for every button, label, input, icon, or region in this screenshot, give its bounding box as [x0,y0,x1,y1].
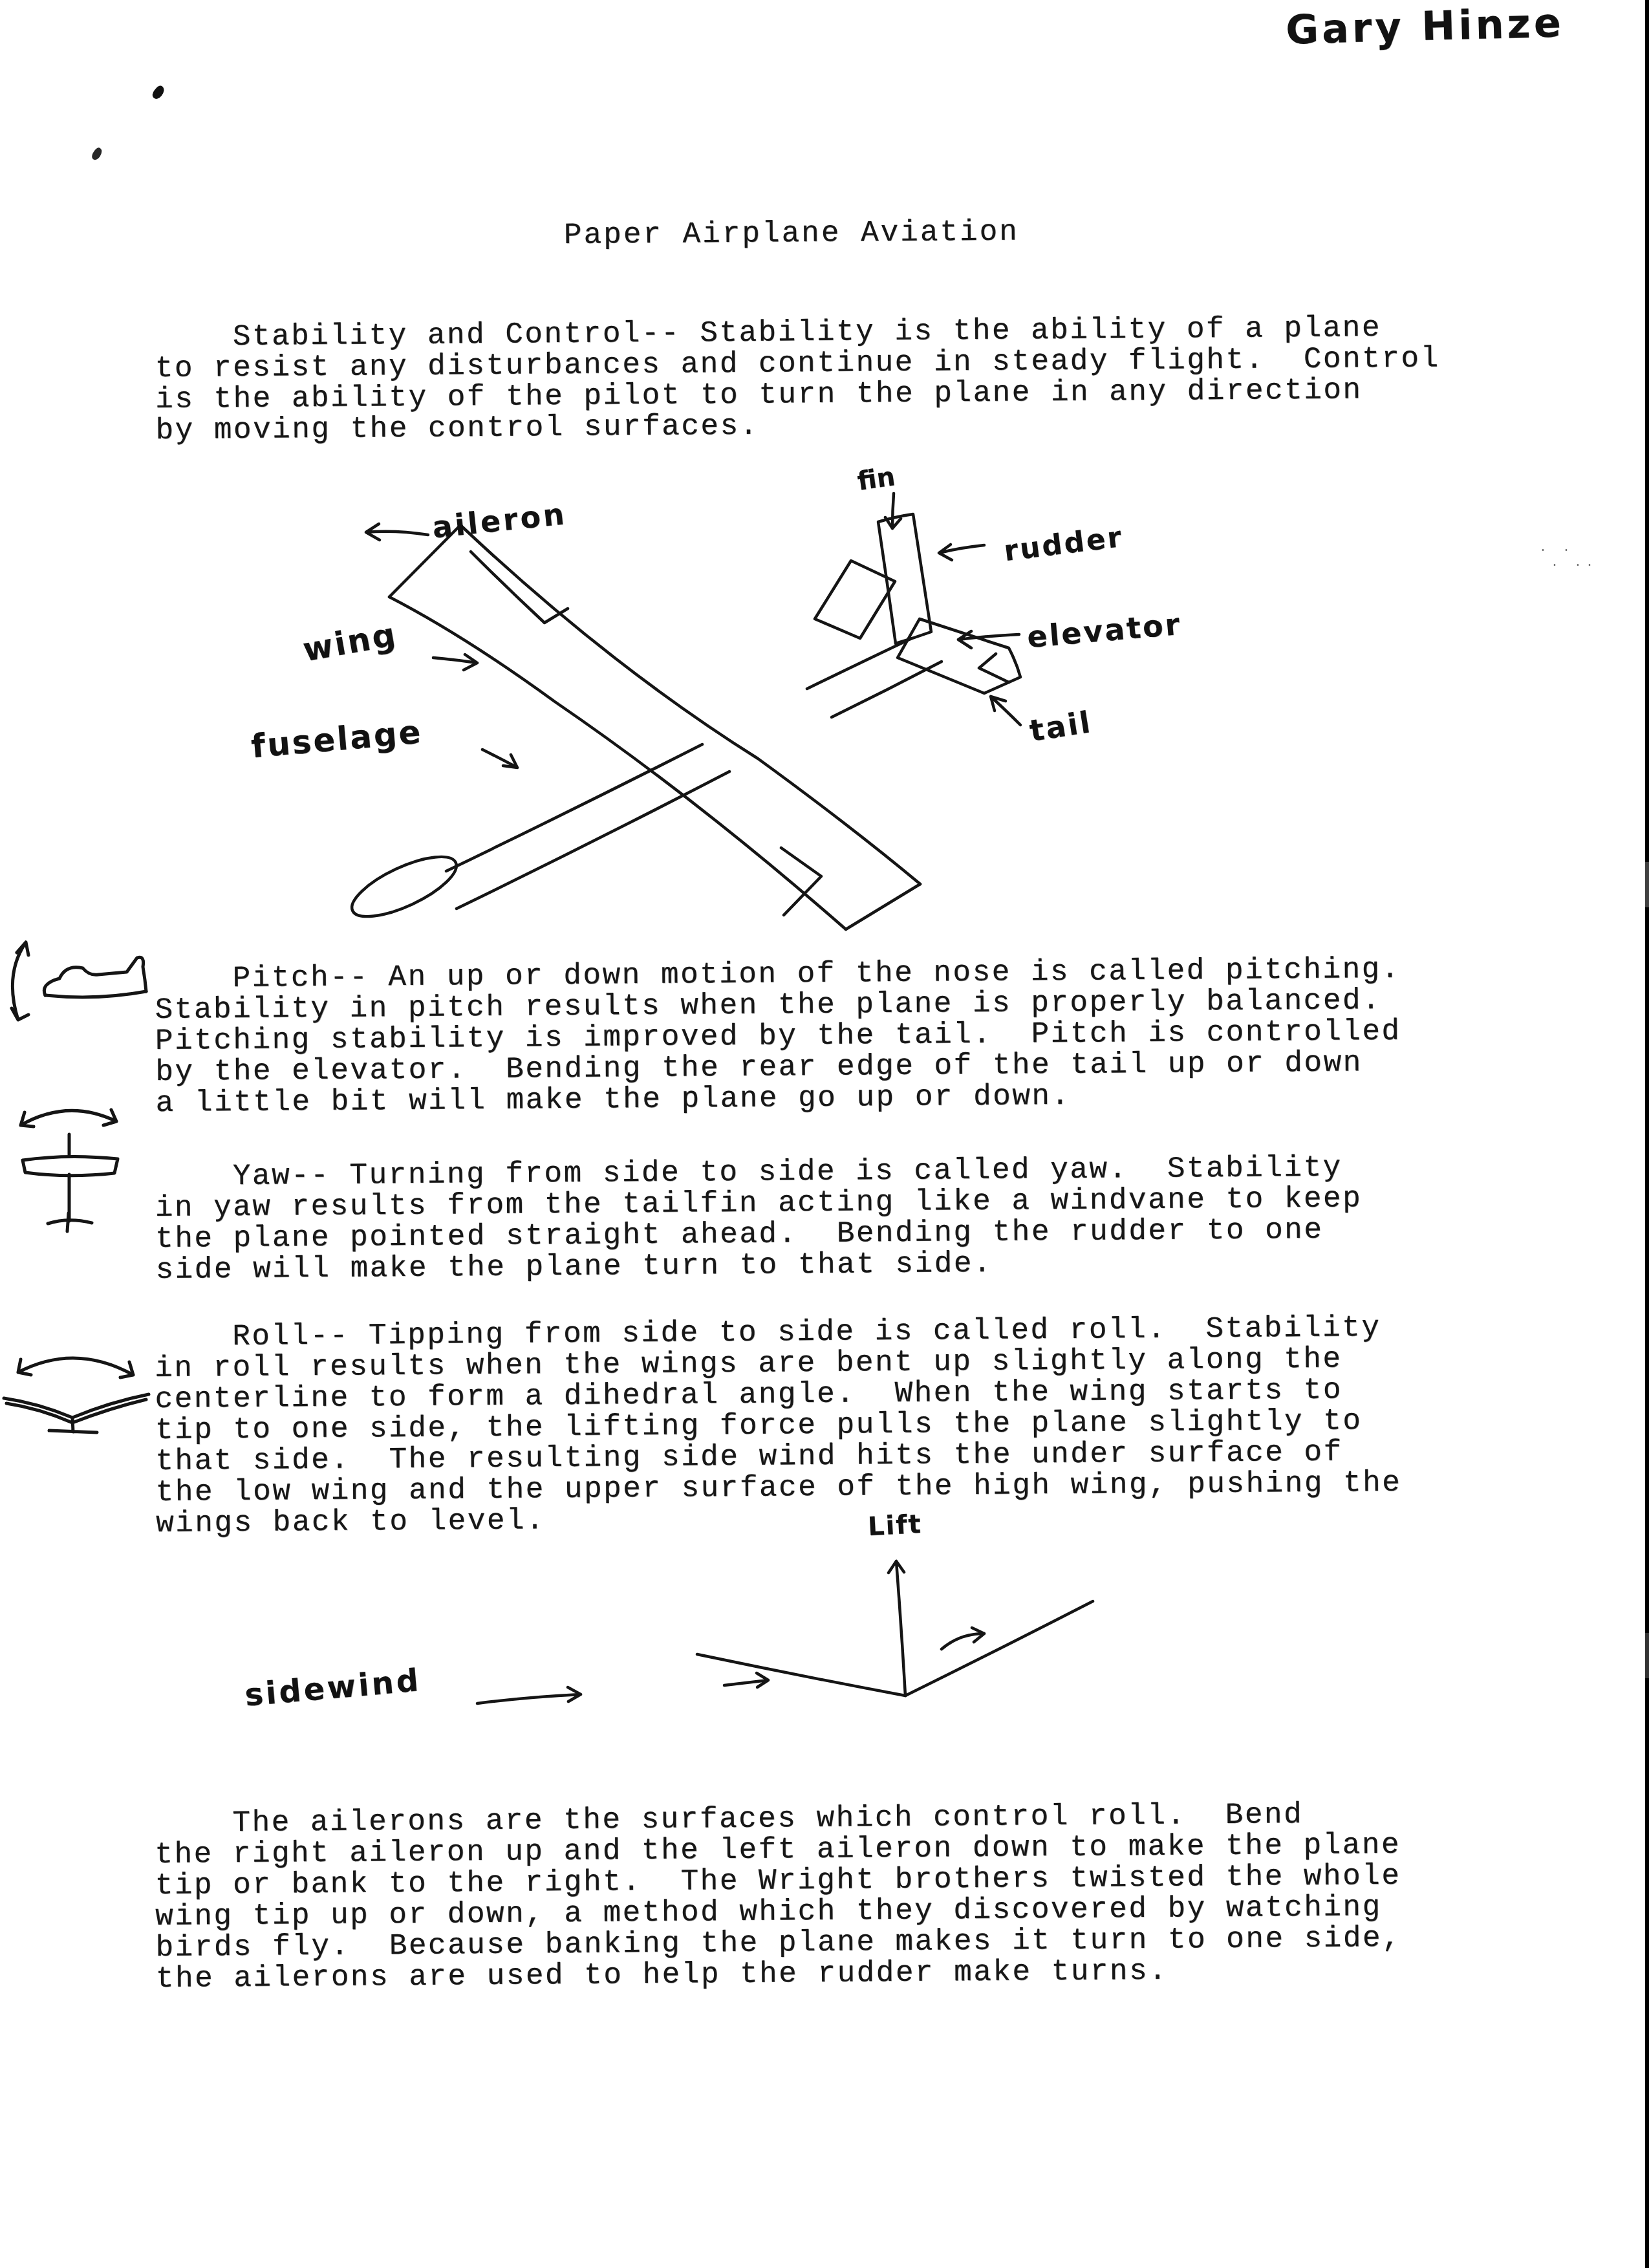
airplane-diagram [246,462,1384,960]
dihedral-left-wing-line [697,1654,905,1696]
rudder-arrow [939,545,984,560]
fuselage-lower-front [457,772,729,909]
vertex-wind-arrow [724,1673,768,1687]
paragraph-ailerons: The ailerons are the surfaces which cont… [155,1798,1402,1994]
scan-edge-artifact [1645,0,1649,2268]
scan-speck [90,146,103,161]
paragraph-yaw: Yaw-- Turning from side to side is calle… [155,1152,1363,1286]
elevator-arrow [958,631,1019,648]
front-view-tail [49,1418,97,1432]
stabilizer-right [898,619,1020,693]
aileron-notch-bottom [781,848,821,915]
paragraph-intro: Stability and Control-- Stability is the… [155,312,1440,446]
yaw-curved-arrow [21,1110,116,1127]
roll-curved-arrow [18,1358,133,1377]
sidewind-arrow [477,1687,581,1703]
fuselage-nose [345,845,464,929]
fuselage-upper-rear [807,638,912,689]
scan-speckles: · · · ·· [1539,543,1597,573]
plane-side-top [44,957,146,995]
elevator-notch [979,654,1009,682]
page-title: Paper Airplane Aviation [564,216,1019,251]
plane-side-bottom [45,991,146,997]
pitch-motion-sketch-icon [0,934,168,1038]
aileron-notch-top [471,552,568,623]
deflected-wind-arrow [942,1628,984,1649]
roll-motion-sketch-icon [0,1337,155,1434]
scan-speck [151,84,167,101]
stabilizer-left [815,561,895,638]
paragraph-roll: Roll-- Tipping from side to side is call… [155,1312,1402,1539]
aileron-arrow [366,524,428,540]
fuselage-arrow [482,750,517,768]
lift-sidewind-diagram [226,1507,1132,1759]
wing-bottom-edge [846,884,920,929]
scanned-document-page: Gary Hinze Paper Airplane Aviation Stabi… [0,0,1649,2268]
paragraph-pitch: Pitch-- An up or down motion of the nose… [155,954,1402,1119]
fin-arrow [885,493,901,528]
label-fin: fin [856,462,897,497]
yaw-motion-sketch-icon [6,1094,136,1243]
handwritten-name: Gary Hinze [1285,0,1564,54]
tail-arrow [991,697,1020,725]
pitch-curved-arrow [12,942,28,1020]
label-lift: Lift [867,1509,923,1542]
plane-top-wing [23,1156,118,1175]
lift-arrow [889,1561,905,1696]
wing-arrow [433,654,477,670]
dihedral-right-wing-line [905,1601,1093,1696]
wing-left-edge [389,597,846,929]
